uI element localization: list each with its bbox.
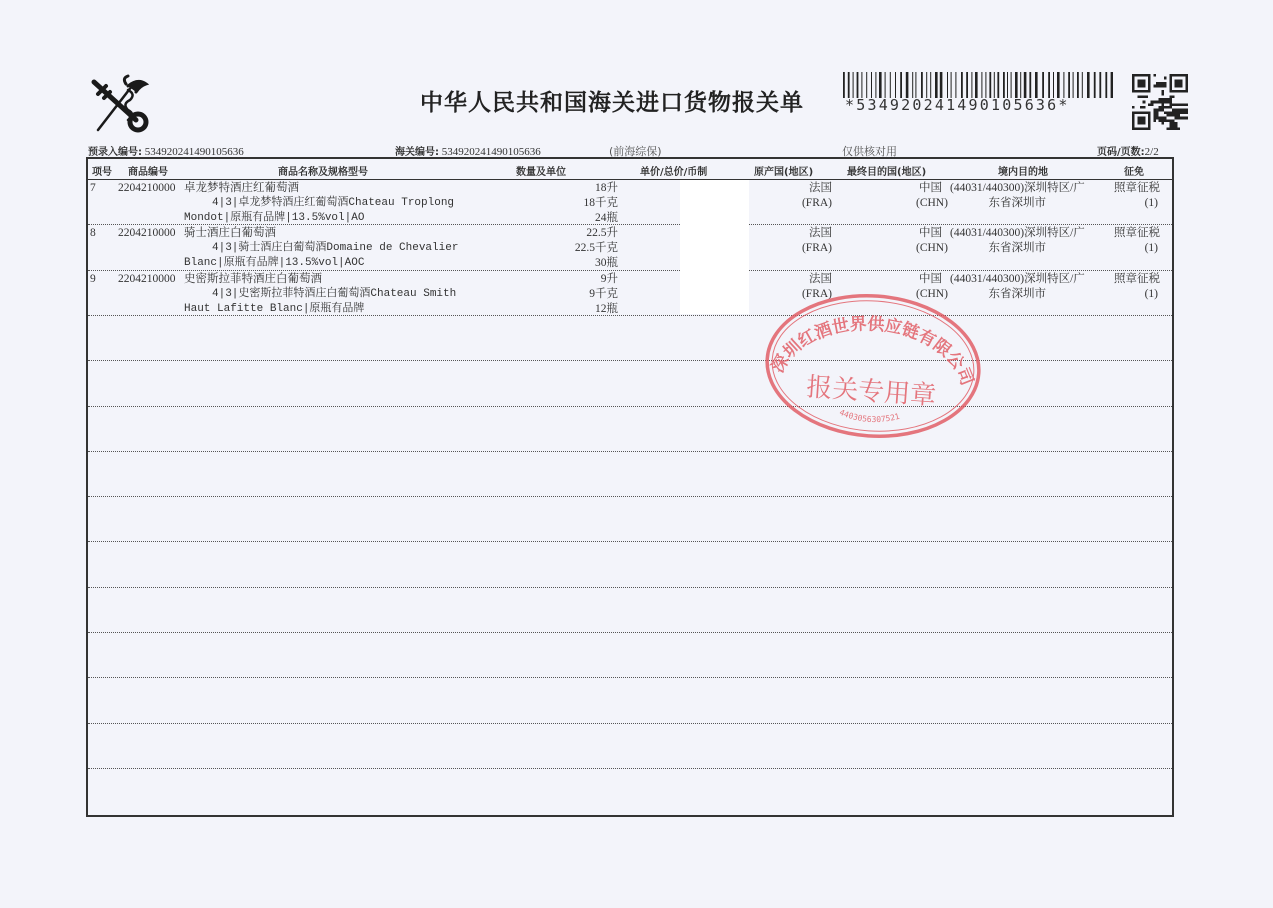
row-divider bbox=[88, 451, 1172, 452]
item-no: 7 bbox=[90, 181, 96, 196]
row-divider bbox=[88, 270, 1172, 271]
qty-weight: 9千克 bbox=[589, 287, 618, 302]
qty-weight: 18千克 bbox=[584, 196, 619, 211]
col-name-spec: 商品名称及规格型号 bbox=[278, 163, 368, 178]
redacted-price-block bbox=[680, 180, 749, 314]
svg-text:4403056307521: 4403056307521 bbox=[838, 408, 902, 427]
domestic-destination: (44031/440300)深圳特区/广 bbox=[950, 226, 1085, 241]
col-hs-code: 商品编号 bbox=[128, 163, 168, 178]
destination-country: 中国 bbox=[919, 181, 942, 196]
hs-code: 2204210000 bbox=[118, 226, 176, 241]
row-divider bbox=[88, 406, 1172, 407]
table-header: 项号 商品编号 商品名称及规格型号 数量及单位 单价/总价/币制 原产国(地区)… bbox=[88, 159, 1172, 180]
item-no: 9 bbox=[90, 272, 96, 287]
row-divider bbox=[88, 224, 1172, 225]
declaration-table: 项号 商品编号 商品名称及规格型号 数量及单位 单价/总价/币制 原产国(地区)… bbox=[86, 157, 1174, 817]
origin-country: 法国 bbox=[809, 272, 832, 287]
hs-code: 2204210000 bbox=[118, 181, 176, 196]
levy-method: 照章征税 bbox=[1114, 181, 1160, 196]
origin-country: 法国 bbox=[809, 226, 832, 241]
levy-code: (1) bbox=[1145, 241, 1158, 256]
customs-declaration-stamp: 深圳红酒世界供应链有限公司 报关专用章 4403056307521 bbox=[762, 290, 984, 442]
row-divider bbox=[88, 587, 1172, 588]
destination-code: (CHN) bbox=[916, 196, 948, 211]
qty-volume: 22.5升 bbox=[586, 226, 618, 241]
row-divider bbox=[88, 723, 1172, 724]
row-divider bbox=[88, 315, 1172, 316]
qr-code bbox=[1131, 74, 1189, 130]
row-divider bbox=[88, 677, 1172, 678]
barcode bbox=[843, 72, 1113, 98]
stamp-purpose: 报关专用章 bbox=[805, 372, 937, 411]
levy-method: 照章征税 bbox=[1114, 226, 1160, 241]
col-origin: 原产国(地区) bbox=[754, 163, 813, 178]
document-title: 中华人民共和国海关进口货物报关单 bbox=[420, 84, 804, 117]
qty-weight: 22.5千克 bbox=[575, 241, 618, 256]
row-divider bbox=[88, 768, 1172, 769]
col-domestic-dest: 境内目的地 bbox=[998, 163, 1048, 178]
stamp-number: 4403056307521 bbox=[838, 408, 902, 427]
hs-code: 2204210000 bbox=[118, 272, 176, 287]
qty-volume: 18升 bbox=[595, 181, 618, 196]
domestic-destination-city: 东省深圳市 bbox=[989, 196, 1047, 211]
row-divider bbox=[88, 360, 1172, 361]
origin-code: (FRA) bbox=[802, 196, 832, 211]
domestic-destination-city: 东省深圳市 bbox=[989, 241, 1047, 256]
destination-code: (CHN) bbox=[916, 241, 948, 256]
product-spec-line1: 4|3|史密斯拉菲特酒庄白葡萄酒Chateau Smith bbox=[212, 287, 456, 302]
product-name: 卓龙梦特酒庄红葡萄酒 bbox=[184, 181, 299, 196]
barcode-number: *534920241490105636* bbox=[845, 96, 1070, 114]
levy-code: (1) bbox=[1145, 287, 1158, 302]
qty-volume: 9升 bbox=[601, 272, 618, 287]
origin-country: 法国 bbox=[809, 181, 832, 196]
col-quantity: 数量及单位 bbox=[516, 163, 566, 178]
levy-method: 照章征税 bbox=[1114, 272, 1160, 287]
col-levy: 征免 bbox=[1124, 163, 1144, 178]
row-divider bbox=[88, 496, 1172, 497]
page-count: 页码/页数:2/2 bbox=[1097, 143, 1159, 158]
product-name: 史密斯拉菲特酒庄白葡萄酒 bbox=[184, 272, 322, 287]
destination-country: 中国 bbox=[919, 272, 942, 287]
pre-entry-number: 预录入编号: 534920241490105636 bbox=[88, 143, 244, 158]
product-name: 骑士酒庄白葡萄酒 bbox=[184, 226, 276, 241]
destination-country: 中国 bbox=[919, 226, 942, 241]
product-spec-line1: 4|3|卓龙梦特酒庄红葡萄酒Chateau Troplong bbox=[212, 196, 454, 211]
levy-code: (1) bbox=[1145, 196, 1158, 211]
domestic-destination-city: 东省深圳市 bbox=[989, 287, 1047, 302]
product-spec-line1: 4|3|骑士酒庄白葡萄酒Domaine de Chevalier bbox=[212, 241, 458, 256]
row-divider bbox=[88, 541, 1172, 542]
col-item-no: 项号 bbox=[92, 163, 112, 178]
row-divider bbox=[88, 632, 1172, 633]
customs-number: 海关编号: 534920241490105636 bbox=[395, 143, 541, 158]
domestic-destination: (44031/440300)深圳特区/广 bbox=[950, 181, 1085, 196]
origin-code: (FRA) bbox=[802, 241, 832, 256]
domestic-destination: (44031/440300)深圳特区/广 bbox=[950, 272, 1085, 287]
col-price: 单价/总价/币制 bbox=[640, 163, 707, 178]
item-no: 8 bbox=[90, 226, 96, 241]
customs-emblem-icon bbox=[88, 74, 152, 136]
col-destination: 最终目的国(地区) bbox=[847, 163, 926, 178]
